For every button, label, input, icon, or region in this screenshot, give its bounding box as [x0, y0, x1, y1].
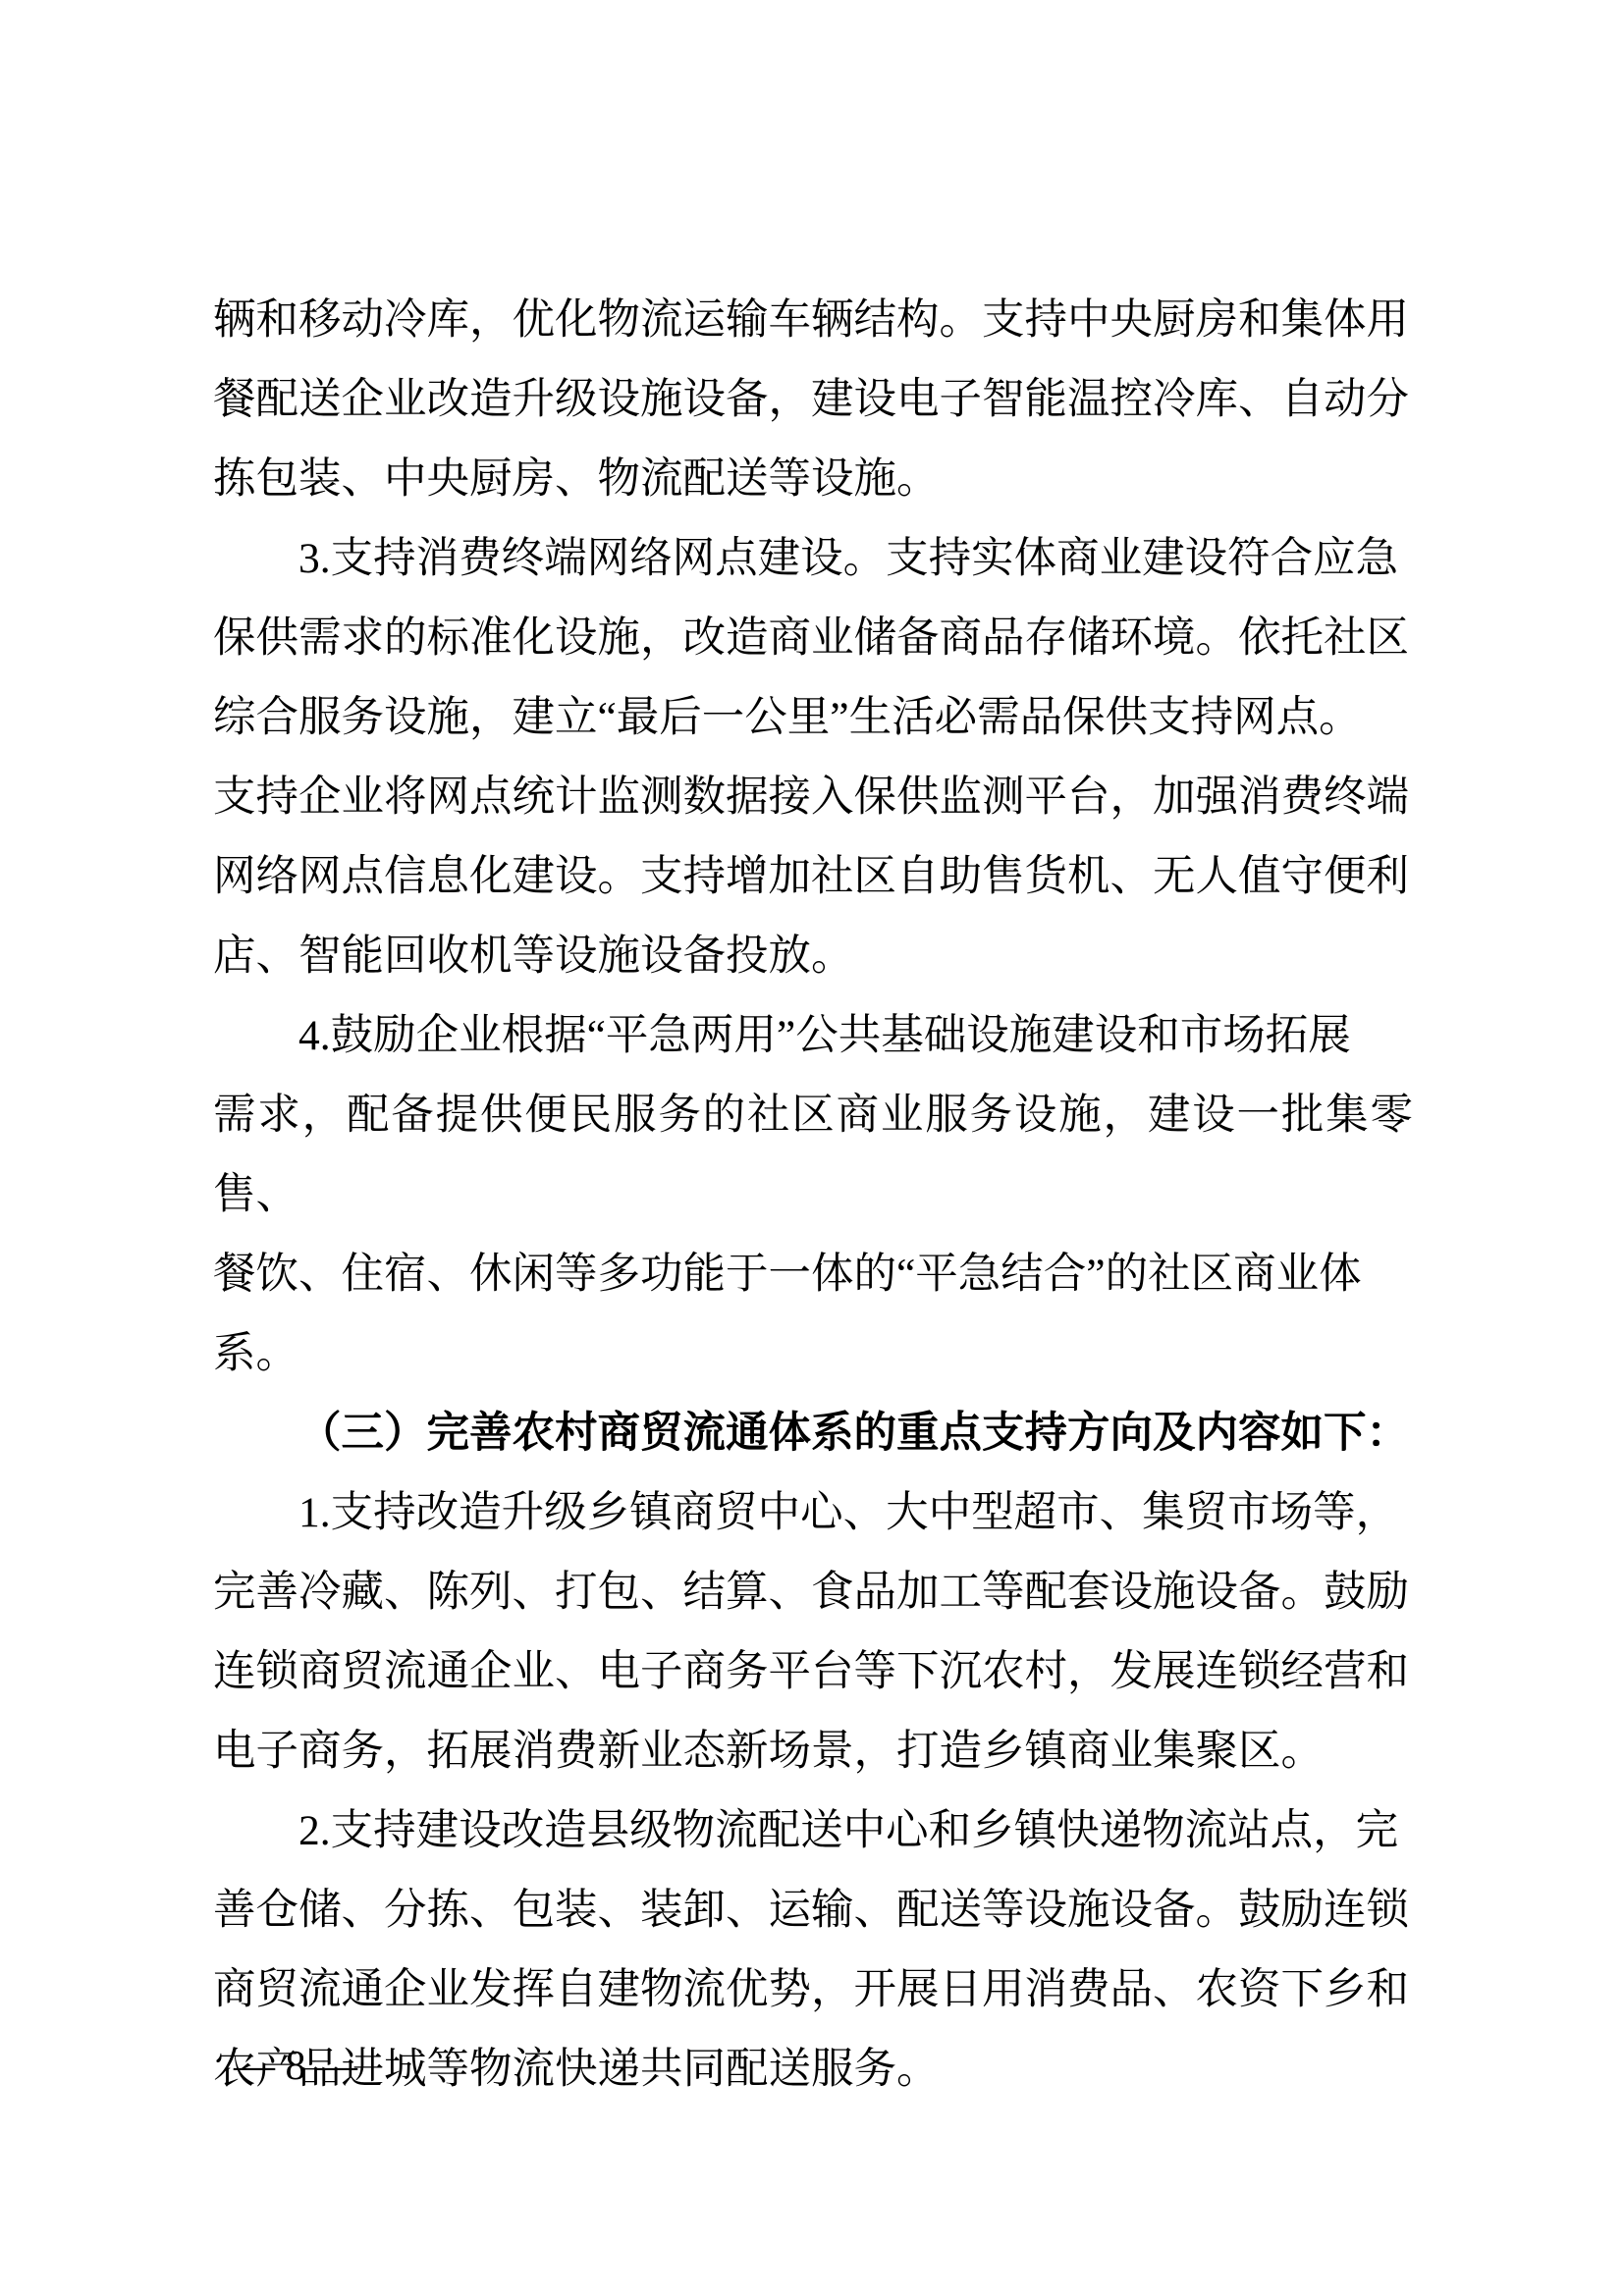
document-body: 辆和移动冷库，优化物流运输车辆结构。支持中央厨房和集体用 餐配送企业改造升级设施…: [213, 281, 1413, 2109]
paragraph-item-1: 1.支持改造升级乡镇商贸中心、大中型超市、集贸市场等， 完善冷藏、陈列、打包、结…: [213, 1473, 1413, 1791]
paragraph-item-3: 3.支持消费终端网络网点建设。支持实体商业建设符合应急 保供需求的标准化设施，改…: [213, 519, 1413, 996]
paragraph-item-2: 2.支持建设改造县级物流配送中心和乡镇快递物流站点，完 善仓储、分拣、包装、装卸…: [213, 1791, 1413, 2109]
paragraph-continuation: 辆和移动冷库，优化物流运输车辆结构。支持中央厨房和集体用 餐配送企业改造升级设施…: [213, 281, 1413, 519]
paragraph-item-4: 4.鼓励企业根据“平急两用”公共基础设施建设和市场拓展 需求，配备提供便民服务的…: [213, 996, 1413, 1394]
section-heading-rural-commerce: （三）完善农村商贸流通体系的重点支持方向及内容如下：: [213, 1394, 1413, 1473]
page-number: — 8 —: [234, 2046, 357, 2087]
document-page: 辆和移动冷库，优化物流运输车辆结构。支持中央厨房和集体用 餐配送企业改造升级设施…: [0, 0, 1623, 2296]
